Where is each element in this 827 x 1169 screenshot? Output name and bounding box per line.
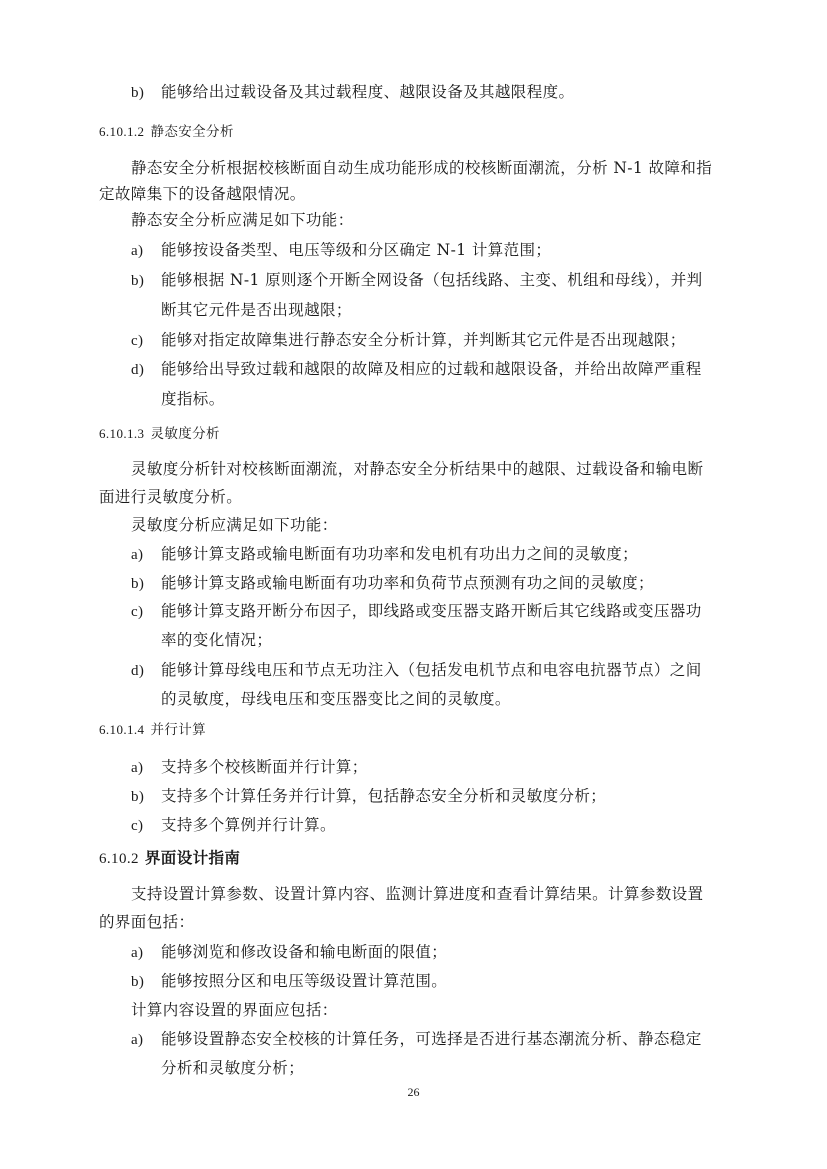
list-marker: d) — [131, 360, 161, 380]
section-heading: 6.10.1.4并行计算 — [99, 720, 729, 740]
list-marker: c) — [131, 602, 161, 622]
list-item-text: 支持多个校核断面并行计算； — [161, 758, 368, 776]
list-marker: a) — [131, 943, 161, 963]
list-marker: d) — [131, 661, 161, 681]
list-item: b)能够计算支路或输电断面有功功率和负荷节点预测有功之间的灵敏度； — [131, 573, 761, 594]
list-item-text: 能够计算支路开断分布因子，即线路或变压器支路开断后其它线路或变压器功 — [161, 602, 702, 620]
section-number: 6.10.1.4 — [99, 722, 144, 737]
list-item: a)支持多个校核断面并行计算； — [131, 757, 761, 778]
list-item-text: 能够设置静态安全校核的计算任务，可选择是否进行基态潮流分析、静态稳定 — [161, 1030, 702, 1048]
list-marker: a) — [131, 241, 161, 261]
paragraph: 灵敏度分析针对校核断面潮流，对静态安全分析结果中的越限、过载设备和输电断 — [131, 459, 761, 479]
list-marker: b) — [131, 787, 161, 807]
paragraph: 灵敏度分析应满足如下功能： — [131, 515, 761, 535]
list-item: b)支持多个计算任务并行计算，包括静态安全分析和灵敏度分析； — [131, 786, 761, 807]
page-number: 26 — [0, 1085, 827, 1100]
paragraph-continuation: 的界面包括： — [99, 912, 729, 932]
list-item-text: 支持多个算例并行计算。 — [161, 816, 336, 834]
list-item-continuation: 度指标。 — [161, 389, 791, 409]
list-marker: c) — [131, 816, 161, 836]
list-item: b)能够给出过载设备及其过载程度、越限设备及其越限程度。 — [131, 82, 761, 103]
section-number: 6.10.1.3 — [99, 426, 144, 441]
list-item-text: 能够给出导致过载和越限的故障及相应的过载和越限设备，并给出故障严重程 — [161, 360, 702, 378]
list-item-continuation: 分析和灵敏度分析； — [161, 1058, 791, 1078]
list-item-text: 能够计算支路或输电断面有功功率和发电机有功出力之间的灵敏度； — [161, 545, 638, 563]
list-item-text: 能够按照分区和电压等级设置计算范围。 — [161, 972, 447, 990]
list-item: c)能够计算支路开断分布因子，即线路或变压器支路开断后其它线路或变压器功 — [131, 601, 761, 622]
section-title: 静态安全分析 — [150, 124, 233, 140]
list-marker: a) — [131, 758, 161, 778]
section-title: 界面设计指南 — [145, 848, 240, 867]
list-item-text: 能够给出过载设备及其过载程度、越限设备及其越限程度。 — [161, 83, 574, 101]
list-item: b)能够根据 N-1 原则逐个开断全网设备（包括线路、主变、机组和母线），并判 — [131, 270, 761, 291]
section-number: 6.10.1.2 — [99, 124, 144, 139]
section-title: 并行计算 — [150, 722, 206, 738]
list-marker: b) — [131, 83, 161, 103]
section-heading: 6.10.1.2静态安全分析 — [99, 122, 729, 142]
section-heading: 6.10.1.3灵敏度分析 — [99, 424, 729, 444]
list-marker: b) — [131, 972, 161, 992]
list-item: d)能够给出导致过载和越限的故障及相应的过载和越限设备，并给出故障严重程 — [131, 359, 761, 380]
list-item-text: 支持多个计算任务并行计算，包括静态安全分析和灵敏度分析； — [161, 787, 606, 805]
paragraph: 静态安全分析根据校核断面自动生成功能形成的校核断面潮流，分析 N-1 故障和指 — [131, 158, 761, 178]
list-item-text: 能够计算母线电压和节点无功注入（包括发电机节点和电容电抗器节点）之间 — [161, 661, 702, 679]
paragraph-continuation: 定故障集下的设备越限情况。 — [99, 184, 729, 204]
list-item: d)能够计算母线电压和节点无功注入（包括发电机节点和电容电抗器节点）之间 — [131, 660, 761, 681]
list-marker: b) — [131, 574, 161, 594]
section-number: 6.10.2 — [99, 851, 139, 867]
list-item-continuation: 断其它元件是否出现越限； — [161, 300, 791, 320]
list-item-text: 能够浏览和修改设备和输电断面的限值； — [161, 943, 447, 961]
list-item: c)支持多个算例并行计算。 — [131, 815, 761, 836]
list-item: c)能够对指定故障集进行静态安全分析计算，并判断其它元件是否出现越限； — [131, 330, 761, 351]
list-item-text: 能够计算支路或输电断面有功功率和负荷节点预测有功之间的灵敏度； — [161, 574, 654, 592]
list-marker: a) — [131, 1030, 161, 1050]
list-item: a)能够按设备类型、电压等级和分区确定 N-1 计算范围； — [131, 240, 761, 261]
paragraph-continuation: 面进行灵敏度分析。 — [99, 487, 729, 507]
list-item: a)能够计算支路或输电断面有功功率和发电机有功出力之间的灵敏度； — [131, 544, 761, 565]
document-page: b)能够给出过载设备及其过载程度、越限设备及其越限程度。6.10.1.2静态安全… — [0, 0, 827, 1169]
list-item-text: 能够按设备类型、电压等级和分区确定 N-1 计算范围； — [161, 241, 551, 259]
list-item: b)能够按照分区和电压等级设置计算范围。 — [131, 971, 761, 992]
list-item-text: 能够根据 N-1 原则逐个开断全网设备（包括线路、主变、机组和母线），并判 — [161, 271, 703, 289]
list-marker: c) — [131, 331, 161, 351]
list-item: a)能够浏览和修改设备和输电断面的限值； — [131, 942, 761, 963]
section-heading: 6.10.2界面设计指南 — [99, 848, 729, 869]
list-item-continuation: 的灵敏度，母线电压和变压器变比之间的灵敏度。 — [161, 689, 791, 709]
list-item: a)能够设置静态安全校核的计算任务，可选择是否进行基态潮流分析、静态稳定 — [131, 1029, 761, 1050]
section-title: 灵敏度分析 — [150, 426, 220, 442]
paragraph: 计算内容设置的界面应包括： — [131, 1000, 761, 1020]
paragraph: 静态安全分析应满足如下功能： — [131, 210, 761, 230]
list-marker: b) — [131, 271, 161, 291]
list-item-text: 能够对指定故障集进行静态安全分析计算，并判断其它元件是否出现越限； — [161, 331, 686, 349]
list-item-continuation: 率的变化情况； — [161, 630, 791, 650]
list-marker: a) — [131, 545, 161, 565]
paragraph: 支持设置计算参数、设置计算内容、监测计算进度和查看计算结果。计算参数设置 — [131, 884, 761, 904]
